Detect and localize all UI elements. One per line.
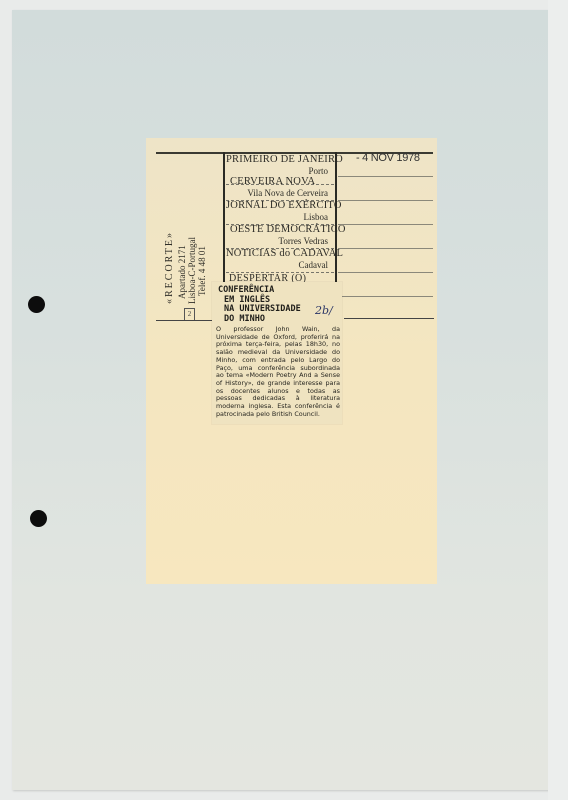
- newspaper-row: JORNAL DO EXÉRCITO Lisboa: [226, 200, 334, 225]
- newspaper-name: JORNAL DO EXÉRCITO: [226, 200, 334, 212]
- newspaper-row: NOTICIAS do CADAVAL Cadaval: [226, 248, 334, 273]
- newspaper-name: CERVEIRA NOVA: [226, 176, 334, 188]
- agency-city: Lisboa-C-Portugal: [187, 237, 197, 304]
- newspaper-clipping: CONFERÊNCIA EM INGLÊS NA UNIVERSIDADE DO…: [212, 282, 342, 424]
- date-stamp: - 4 NOV 1978: [356, 152, 420, 164]
- bottom-rule-left: [156, 320, 218, 321]
- agency-phone: Telef. 4 48 01: [197, 246, 207, 296]
- agency-address: Apartado 2171: [177, 245, 187, 299]
- binder-hole-top: [28, 296, 45, 313]
- newspaper-row: OESTE DEMOCRÁTICO Torres Vedras: [226, 224, 334, 249]
- bottom-rule-right: [344, 318, 434, 319]
- clipping-headline: CONFERÊNCIA EM INGLÊS NA UNIVERSIDADE DO…: [218, 286, 301, 324]
- newspaper-place: Vila Nova de Cerveira: [226, 188, 334, 199]
- newspaper-place: Lisboa: [226, 212, 334, 223]
- clipping-body: O professor John Wain, da Universidade d…: [216, 326, 340, 418]
- handwritten-mark: 2b/: [315, 304, 333, 317]
- column-rule-mid: [335, 152, 337, 290]
- scan-edge: [548, 0, 568, 800]
- newspaper-place: Cadaval: [226, 260, 334, 271]
- newspaper-place: Torres Vedras: [226, 236, 334, 247]
- agency-name: «RECORTE»: [164, 231, 175, 304]
- newspaper-name: NOTICIAS do CADAVAL: [226, 248, 334, 260]
- newspaper-name: OESTE DEMOCRÁTICO: [226, 224, 334, 236]
- binder-hole-bottom: [30, 510, 47, 527]
- newspaper-name: PRIMEIRO DE JANEIRO: [226, 154, 334, 166]
- newspaper-row: CERVEIRA NOVA Vila Nova de Cerveira: [226, 176, 334, 201]
